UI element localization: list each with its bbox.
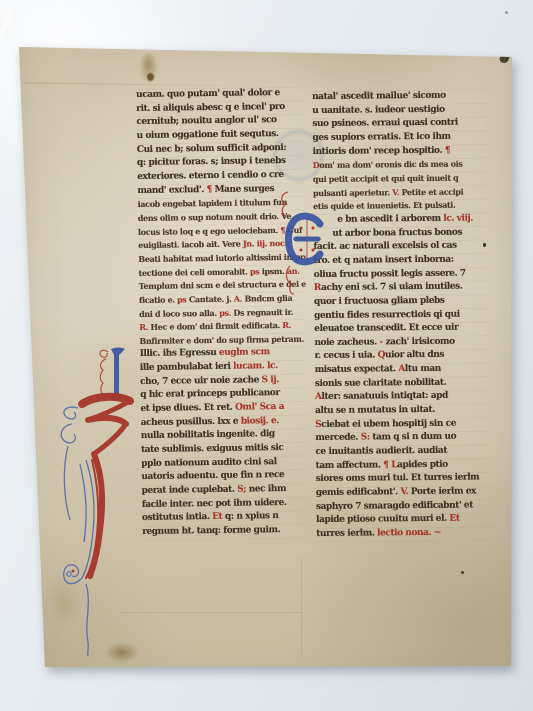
initial-Z-decorated (52, 390, 144, 658)
rubric-text: V. (392, 187, 401, 197)
rubric-text: S: (361, 433, 373, 443)
ink-text: ostitutus intia. (142, 512, 212, 523)
ink-text: q hic erat princeps publicanor (140, 388, 279, 400)
ink-text: qui petit accipit et qui quit inueit q (313, 173, 459, 184)
ink-text: natal' ascedit mailue' sicomo (312, 91, 446, 102)
manuscript-text-line: rit. si aliquis abesc q e incel' pro (136, 100, 303, 116)
stain-top-dark-core (147, 73, 154, 81)
manuscript-text-line: saphyro 7 smaragdo edificabnt' et (316, 499, 492, 514)
manuscript-leaf: ucam. quo putam' qual' dolor erit. si al… (0, 0, 533, 711)
manuscript-text-line: e bn ascedit i arborem lc. viij. (313, 212, 489, 227)
ink-text: suo psineos. erraui quasi contri (312, 118, 458, 129)
ink-text: quor i fructuosa gliam plebs (314, 296, 445, 307)
ink-text: ciebat ei ubem hospitij sin ce (321, 418, 456, 429)
ink-text: cho, 7 ecce uir noie zache (140, 375, 262, 387)
ink-text: nec ihm (249, 484, 286, 495)
ink-text: e bn ascedit i arborem (337, 214, 443, 225)
manuscript-text-line: turres ierlm. lectio nona. ~ (316, 526, 492, 541)
ink-text: ltu man (405, 364, 441, 374)
ink-text: siores oms muri tui. Et turres ierlm (316, 473, 480, 485)
rubric-text: ¶ L (383, 460, 397, 470)
ink-text: et ipse diues. Et ret. (140, 403, 235, 414)
ink-text: rit. si aliquis abesc q e incel' pro (136, 102, 285, 114)
ink-text: sionis sue claritate nobilitat. (315, 378, 447, 389)
ink-text: tectione dei celi omorabit. (138, 266, 250, 278)
rubric-text: ps. (219, 307, 233, 317)
ink-text: mercede. (315, 433, 361, 443)
ink-text: Porte ierlm ex (411, 486, 476, 497)
rubric-text: ¶ (445, 145, 450, 155)
manuscript-text-line: pulsanti aperietur. V. Petite et accipi (313, 185, 489, 200)
rubric-text: R. (139, 322, 150, 332)
rubric-text: Et (449, 514, 459, 524)
manuscript-text-line: regnum ht. tanq: forme guim. (142, 524, 309, 540)
rubric-text: S ij. (262, 375, 279, 385)
ink-text: etis quide et inuenietis. Et pulsati. (313, 200, 455, 211)
ink-text: zach' irisicomo (385, 336, 454, 347)
ink-text: u oium oggatione fuit sequtus. (137, 129, 279, 141)
ink-text: regnum ht. tanq: forme guim. (142, 525, 280, 537)
ink-text: ut arbor bona fructus bonos (332, 227, 462, 238)
ink-text: uatoris aduentu. que fin n rece (141, 470, 284, 482)
ink-text: ges supiors erratis. Et ico ihm (312, 132, 450, 143)
ink-text: mand' exclud'. (137, 185, 206, 196)
ink-text: tam affectum. (316, 460, 384, 471)
ink-text: perat inde cupiebat. (142, 485, 238, 496)
ruling-guide-horizontal (120, 612, 302, 613)
ink-speck (461, 571, 464, 574)
corner-smudge (499, 52, 511, 64)
ink-text: achy eni sci. 7 si uiam inutiles. (321, 282, 462, 293)
rubric-text: A. (234, 293, 245, 303)
rubric-text: lc. viij. (443, 213, 473, 223)
ink-text: eleuatoe transcedit. Et ecce uir (314, 323, 458, 334)
ink-text: nulla nobilitatis ingenite. dig (141, 430, 275, 442)
ink-text: apides ptio (397, 459, 448, 469)
rubric-text: R. (282, 320, 291, 330)
text-column-left: ucam. quo putam' qual' dolor erit. si al… (136, 87, 309, 545)
rubric-text: ps (177, 294, 189, 304)
ink-text: misatus expectat. (315, 364, 399, 375)
ink-text: oliua fructu possit legis assere. 7 (314, 268, 466, 279)
manuscript-text-line: oliua fructu possit legis assere. 7 (314, 267, 490, 282)
ink-text: noie zacheus. (314, 337, 379, 348)
rubric-text: ps (250, 266, 262, 276)
ink-text: Mane surges (214, 184, 274, 195)
ink-text: facit. ac naturali excelsis ol cas (313, 241, 456, 252)
manuscript-text-line: gemis edificabnt'. V. Porte ierlm ex (316, 485, 492, 500)
ink-text: locus isto loq e q ego uelociebam. (138, 225, 281, 237)
photograph-of-manuscript: ucam. quo putam' qual' dolor erit. si al… (0, 0, 533, 711)
manuscript-text-line: facile inter. nec pot ihm uidere. (142, 496, 309, 512)
ink-text: q: n xpius n (225, 511, 279, 522)
ink-text: intioris dom' recep hospitio. (313, 145, 445, 156)
rubric-text: euglm scm (219, 348, 270, 359)
ink-text: gentiu fides resurrectiois qi qui (314, 309, 460, 320)
ink-text: cernitub; nouitu anglor ul' sco (136, 115, 276, 127)
manuscript-text-line: tate sublimis. exiguus mitis sic (141, 442, 308, 458)
initial-E-decorated (276, 186, 330, 298)
rubric-text: Et (212, 512, 225, 522)
ink-text: facile inter. nec pot ihm uidere. (142, 498, 287, 510)
rubric-text: Oml' Sca a (235, 402, 284, 413)
ink-text: q: picitur foras. s; insup i tenebs (137, 156, 286, 168)
ink-text: dens olim o sup notum nouit drio. Ve (138, 211, 291, 223)
ink-text: tro. et q natam insert inborna: (314, 255, 454, 266)
ink-text: tate sublimis. exiguus mitis sic (141, 443, 284, 455)
ink-text: acheus pusillus. lxx e (141, 416, 241, 427)
rubric-text: V. (400, 487, 410, 497)
ink-text: ucam. quo putam' qual' dolor e (136, 88, 280, 100)
manuscript-text-line: Dom' ma dom' oronis dic ds mea ois (313, 158, 489, 173)
ink-text: Ds regnauit ir. (233, 306, 293, 317)
ruling-guide-vertical (301, 558, 302, 654)
text-column-right: natal' ascedit mailue' sicomou uanitate.… (312, 89, 492, 547)
manuscript-text-line: et ipse diues. Et ret. Oml' Sca a (140, 401, 307, 417)
ink-text: uior altu dns (385, 350, 444, 361)
ink-text: euigilasti. iacob ait. Vere (138, 239, 243, 250)
ink-text: turres ierlm. (316, 528, 377, 539)
rubric-text: lucam. lc. (233, 361, 278, 372)
manuscript-leaf-wrapper: ucam. quo putam' qual' dolor erit. si al… (0, 0, 533, 711)
ink-text: iacob engebat lapidem i titulum fun (138, 197, 288, 209)
ink-text: ille pambulabat ieri (140, 362, 233, 373)
ink-text: Cantate. j. (189, 293, 234, 304)
ink-text: tam q si n dum uo (372, 432, 456, 443)
parchment-crease (24, 82, 264, 86)
ink-text: om' ma dom' oronis dic ds mea ois (319, 159, 462, 170)
rubric-text: lectio nona. ~ (377, 528, 441, 539)
ink-text: Hec e dom' dni firmit edificata. (150, 320, 282, 332)
ink-text: lapide ptioso cuuitu muri el. (316, 514, 449, 525)
ink-text: Bnfirmiter e dom' do sup firma petram. (139, 333, 303, 345)
ink-text: gemis edificabnt'. (316, 487, 401, 498)
ink-text: pplo nationum audito cini sal (141, 457, 277, 469)
ink-text: Cui nec b; solum sufficit adponi: (137, 143, 287, 155)
ink-text: lter: sanatuuis intiqtat: apd (321, 391, 448, 402)
rubric-text: S; (237, 484, 249, 494)
ink-text: dni d loco suo alla. (139, 307, 219, 318)
manuscript-text-line: exteriores. eterno i cendio o cre (137, 169, 304, 185)
ink-text: Illic. ihs Egressu (140, 348, 219, 359)
ink-text: Petite et accipi (402, 186, 464, 197)
ink-text: u uanitate. s. iudeor uestigio (312, 104, 445, 115)
ink-text: exteriores. eterno i cendio o cre (137, 170, 283, 182)
rubric-text: biosij. e. (241, 416, 279, 427)
ink-text: ce inuitantis audierit. audiat (315, 446, 447, 457)
ink-text: saphyro 7 smaragdo edificabnt' et (316, 500, 473, 512)
ink-text: r. cecus i uia. (315, 351, 378, 362)
ink-text: ficatio e. (139, 294, 177, 305)
ink-text: altu se n mutatus in uitat. (315, 405, 435, 416)
